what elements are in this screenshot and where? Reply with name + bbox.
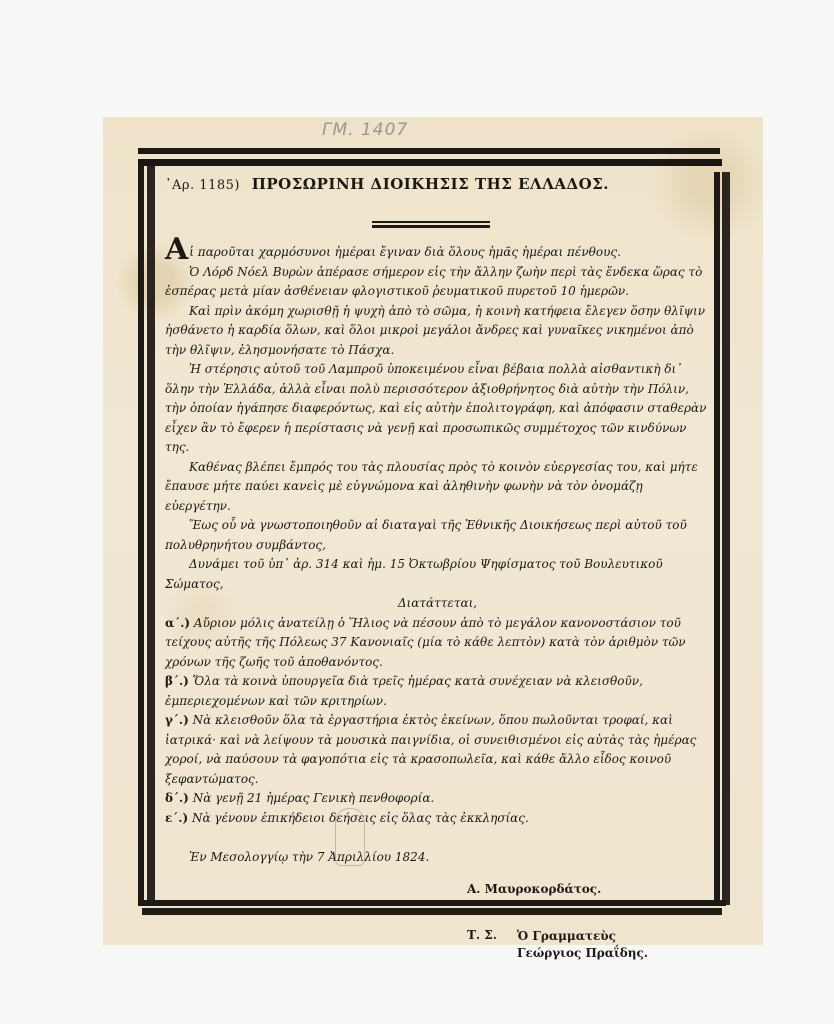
border-right-outer — [722, 172, 730, 905]
pencil-scribble-mark — [335, 808, 365, 866]
paragraph-byron-death: Ὁ Λόρδ Νόελ Βυρὼν ἀπέρασε σήμερον εἰς τὴ… — [165, 263, 710, 302]
border-left-outer — [138, 166, 144, 906]
proclamation-content: ᾿Αρ. 1185) ΠΡΟΣΩΡΙΝΗ ΔΙΟΙΚΗΣΙΣ ΤΗΣ ΕΛΛΑΔ… — [165, 175, 710, 962]
proclamation-body: Αἱ παροῦται χαρμόσυνοι ἡμέραι ἔγιναν διὰ… — [165, 240, 710, 828]
paragraph-opening: Αἱ παροῦται χαρμόσυνοι ἡμέραι ἔγιναν διὰ… — [165, 240, 710, 263]
secretary-title: Ὁ Γραμματεὺς — [517, 929, 616, 943]
document-header: ᾿Αρ. 1185) ΠΡΟΣΩΡΙΝΗ ΔΙΟΙΚΗΣΙΣ ΤΗΣ ΕΛΛΑΔ… — [165, 175, 710, 193]
border-left-inner — [147, 166, 155, 906]
pencil-catalog-mark: ΓΜ. 1407 — [322, 120, 408, 140]
decorative-rule — [372, 221, 490, 228]
signature-mavrokordatos: Α. Μαυροκορδάτος. — [165, 882, 710, 896]
secretary-name: Γεώργιος Πραΐδης. — [517, 946, 648, 960]
paragraph-loss: Ἡ στέρησις αὐτοῦ τοῦ Λαμπροῦ ὑποκειμένου… — [165, 360, 710, 458]
paragraph-benefactor: Καθένας βλέπει ἔμπρός του τὰς πλουσίας π… — [165, 458, 710, 517]
border-top-inner — [138, 159, 722, 166]
decree-item: γ΄.) Νὰ κλεισθοῦν ὅλα τὰ ἐργαστήρια ἐκτὸ… — [165, 711, 710, 789]
drop-cap: Α — [165, 232, 188, 267]
paragraph-authority: Δυνάμει τοῦ ὑπ᾿ ἀρ. 314 καὶ ἡμ. 15 Ὀκτωβ… — [165, 555, 710, 594]
border-top-outer — [138, 148, 720, 154]
decree-item: ε΄.) Νὰ γένουν ἐπικήδειοι δεήσεις εἰς ὅλ… — [165, 809, 710, 829]
paragraph-pending-orders: Ἕως οὗ νὰ γνωστοποιηθοῦν αἱ διαταγαὶ τῆς… — [165, 516, 710, 555]
decree-heading: Διατάττεται, — [165, 594, 710, 614]
decree-item: α΄.) Αὔριον μόλις ἀνατείλῃ ὁ Ἥλιος νὰ πέ… — [165, 614, 710, 673]
ts-label: Τ. Σ. — [467, 928, 517, 962]
decree-item: δ΄.) Νὰ γενῇ 21 ἡμέρας Γενικὴ πενθοφορία… — [165, 789, 710, 809]
document-reference-number: ᾿Αρ. 1185) — [165, 178, 240, 193]
document-title: ΠΡΟΣΩΡΙΝΗ ΔΙΟΙΚΗΣΙΣ ΤΗΣ ΕΛΛΑΔΟΣ. — [252, 175, 609, 193]
decree-item: β΄.) Ὅλα τὰ κοινὰ ὑπουργεῖα διὰ τρεῖς ἡμ… — [165, 672, 710, 711]
date-place-line: Ἐν Μεσολογγίῳ τὴν 7 Ἀπριλλίου 1824. — [165, 850, 710, 864]
signature-secretary-block: Τ. Σ. Ὁ Γραμματεὺς Γεώργιος Πραΐδης. — [165, 928, 710, 962]
border-right-inner — [714, 172, 720, 905]
paragraph-grief: Καὶ πρὶν ἀκόμη χωρισθῇ ἡ ψυχὴ ἀπὸ τὸ σῶμ… — [165, 302, 710, 361]
